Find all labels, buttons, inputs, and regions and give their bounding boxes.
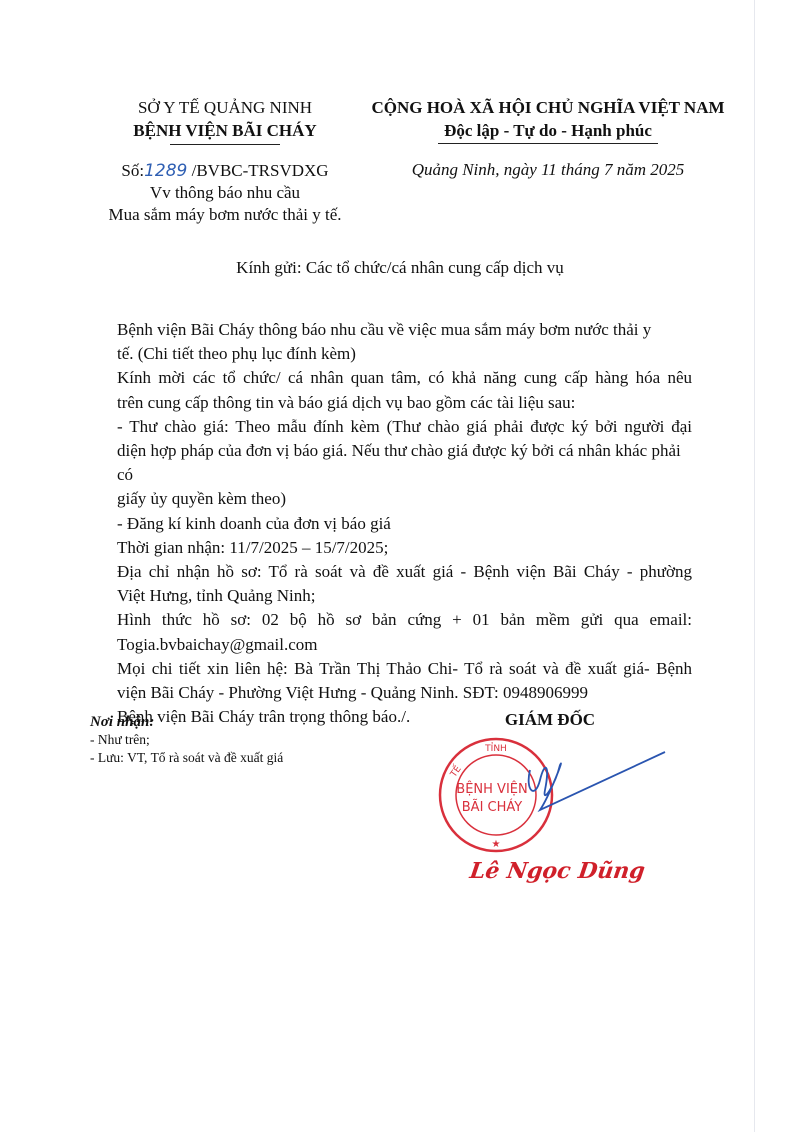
issuer-header: SỞ Y TẾ QUẢNG NINH BỆNH VIỆN BÃI CHÁY — [100, 96, 350, 145]
svg-text:BÃI CHÁY: BÃI CHÁY — [462, 799, 523, 815]
header-underline — [170, 144, 280, 145]
email[interactable]: Togia.bvbaichay@gmail.com — [100, 633, 692, 657]
item1-line2: diện hợp pháp của đơn vị báo giá. Nếu th… — [100, 439, 692, 487]
subject-line-2: Mua sắm máy bơm nước thải y tế. — [100, 204, 350, 226]
p2-line2: trên cung cấp thông tin và báo giá dịch … — [100, 391, 692, 415]
receiver-item: - Lưu: VT, Tổ rà soát và đề xuất giá — [90, 749, 390, 767]
item1-line1: - Thư chào giá: Theo mẫu đính kèm (Thư c… — [100, 415, 692, 439]
svg-text:TỈNH: TỈNH — [484, 742, 507, 754]
page-edge-line — [754, 0, 755, 1132]
number-suffix: /BVBC-TRSVDXG — [192, 161, 329, 180]
place-date: Quảng Ninh, ngày 11 tháng 7 năm 2025 — [348, 160, 748, 180]
handwritten-number: 1289 — [144, 161, 187, 181]
receivers-block: Nơi nhận: - Như trên; - Lưu: VT, Tổ rà s… — [90, 713, 390, 767]
number-prefix: Số: — [121, 161, 144, 180]
item2: - Đăng kí kinh doanh của đơn vị báo giá — [100, 512, 692, 536]
subject-line-1: Vv thông báo nhu cầu — [100, 182, 350, 204]
recipient-line: Kính gửi: Các tổ chức/cá nhân cung cấp d… — [100, 258, 700, 278]
receiver-item: - Như trên; — [90, 731, 390, 749]
address-line2: Việt Hưng, tỉnh Quảng Ninh; — [100, 584, 692, 608]
receivers-title: Nơi nhận: — [90, 713, 390, 731]
organization-name: BỆNH VIỆN BÃI CHÁY — [100, 119, 350, 142]
p1-line2: tế. (Chi tiết theo phụ lục đính kèm) — [100, 342, 692, 366]
signer-name: Lê Ngọc Dũng — [468, 858, 672, 884]
address-line1: Địa chỉ nhận hồ sơ: Tổ rà soát và đề xuấ… — [100, 560, 692, 584]
department-name: SỞ Y TẾ QUẢNG NINH — [100, 96, 350, 119]
document-number-block: Số:1289 /BVBC-TRSVDXG Vv thông báo nhu c… — [100, 160, 350, 226]
svg-text:BỆNH VIỆN: BỆNH VIỆN — [456, 781, 527, 797]
p2-line1: Kính mời các tổ chức/ cá nhân quan tâm, … — [100, 366, 692, 390]
national-header: CỘNG HOÀ XÃ HỘI CHỦ NGHĨA VIỆT NAM Độc l… — [348, 96, 748, 144]
item1-line3: giấy ủy quyền kèm theo) — [100, 487, 692, 511]
body: Bệnh viện Bãi Cháy thông báo nhu cầu về … — [100, 318, 692, 729]
contact-line1: Mọi chi tiết xin liên hệ: Bà Trần Thị Th… — [100, 657, 692, 681]
contact-line2: viện Bãi Cháy - Phường Việt Hưng - Quảng… — [100, 681, 692, 705]
handwritten-signature-icon — [520, 740, 670, 820]
time-line: Thời gian nhận: 11/7/2025 – 15/7/2025; — [100, 536, 692, 560]
country-name: CỘNG HOÀ XÃ HỘI CHỦ NGHĨA VIỆT NAM — [348, 96, 748, 119]
form-line1: Hình thức hồ sơ: 02 bộ hồ sơ bản cứng + … — [100, 608, 692, 632]
svg-text:★: ★ — [492, 839, 501, 850]
p1-line1: Bệnh viện Bãi Cháy thông báo nhu cầu về … — [100, 318, 692, 342]
motto: Độc lập - Tự do - Hạnh phúc — [438, 119, 658, 144]
signer-title: GIÁM ĐỐC — [470, 710, 630, 730]
scan-marks — [748, 1126, 800, 1132]
